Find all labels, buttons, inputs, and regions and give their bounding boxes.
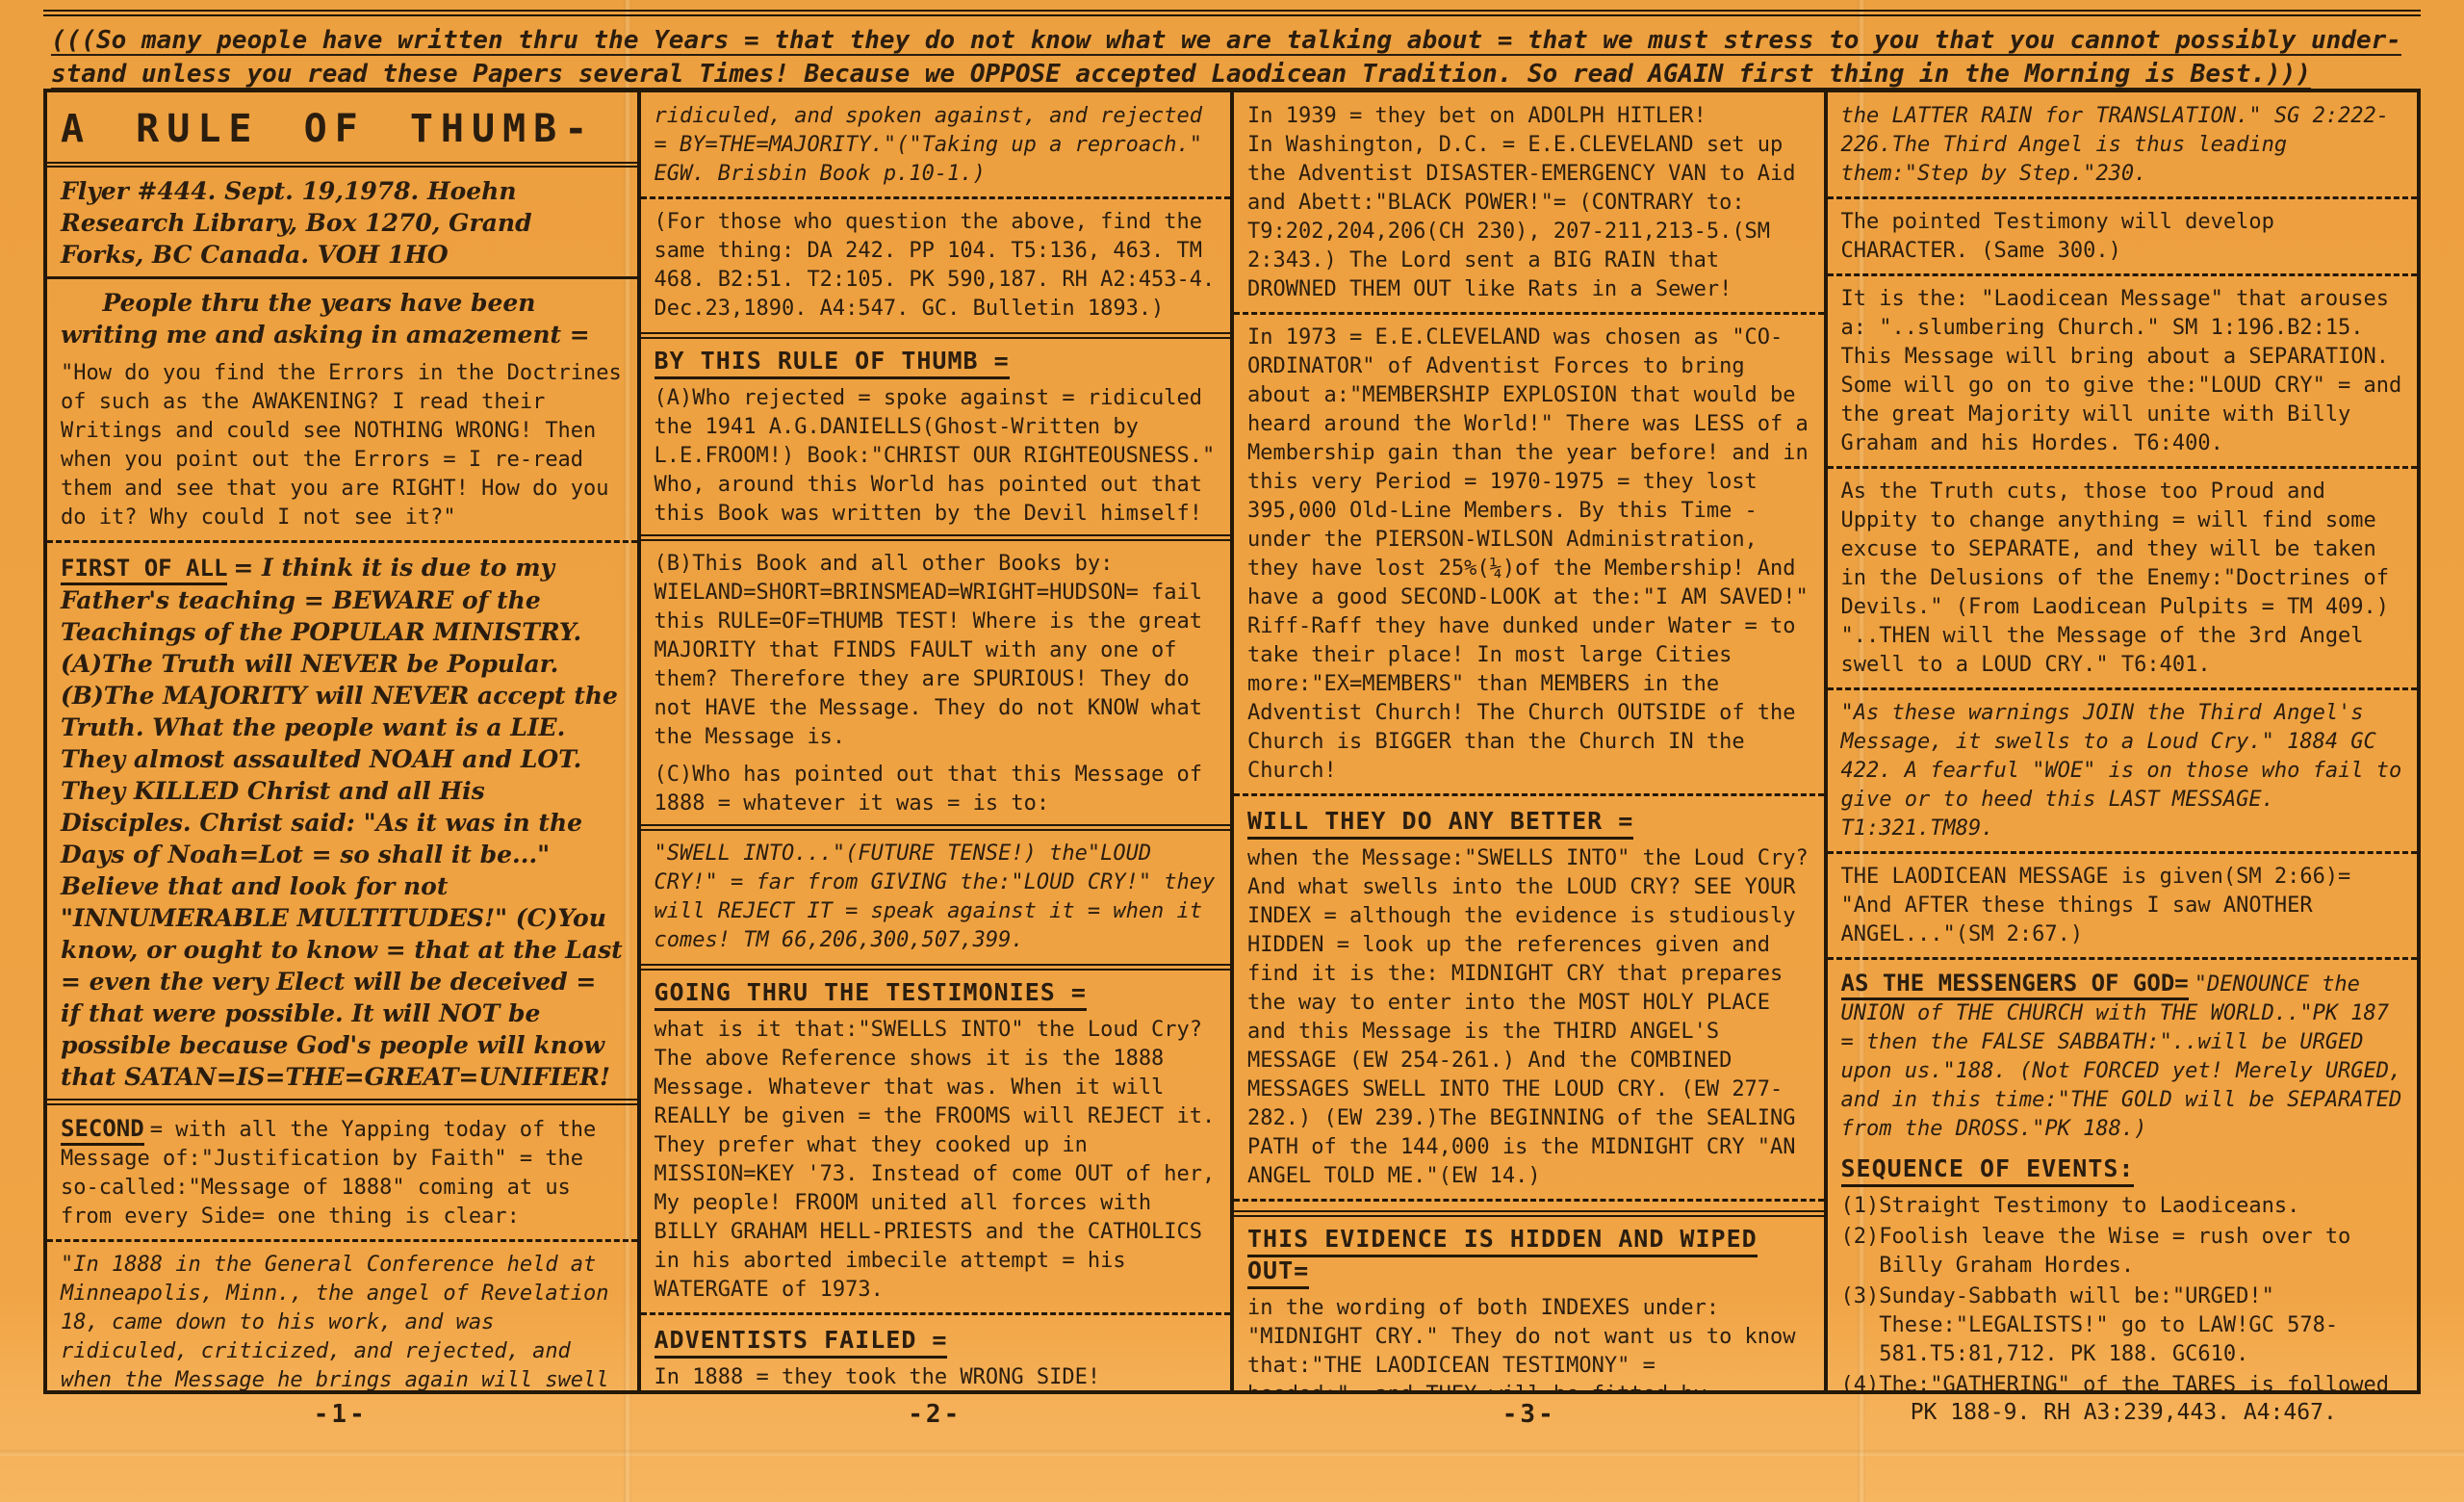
section-heading: SEQUENCE OF EVENTS: <box>1841 1152 2404 1184</box>
section-heading: WILL THEY DO ANY BETTER = <box>1247 805 1810 837</box>
header-banner: (((So many people have written thru the … <box>43 10 2421 95</box>
paragraph: "As these warnings JOIN the Third Angel'… <box>1828 699 2418 854</box>
paragraph: "In 1888 in the General Conference held … <box>61 1251 624 1390</box>
header-text: (((So many people have written thru the … <box>51 24 2413 91</box>
list-item: (3)Sunday-Sabbath will be:"URGED!" These… <box>1841 1282 2404 1369</box>
column4-references: PK 188-9. RH A3:239,443. A4:467. <box>1827 1400 2422 1429</box>
run-in-heading: FIRST OF ALL <box>61 555 227 585</box>
fold-crease <box>0 1450 2464 1456</box>
paragraph: The pointed Testimony will develop CHARA… <box>1828 208 2418 276</box>
paragraph: SECOND= with all the Yapping today of th… <box>47 1114 637 1242</box>
page-title: A RULE OF THUMB- <box>47 102 637 168</box>
paragraph: In 1973 = E.E.CLEVELAND was chosen as "C… <box>1234 324 1824 796</box>
column-2: ridiculed, and spoken against, and rejec… <box>641 92 1235 1390</box>
page-footer: -1- -2- -3- PK 188-9. RH A3:239,443. A4:… <box>43 1400 2421 1429</box>
paragraph: (For those who question the above, find … <box>654 208 1218 324</box>
column-3: In 1939 = they bet on ADOLPH HITLER! In … <box>1234 92 1828 1390</box>
paragraph: ridiculed, and spoken against, and rejec… <box>641 102 1231 199</box>
section-heading: THIS EVIDENCE IS HIDDEN AND WIPED OUT= <box>1234 1210 1824 1286</box>
paragraph: AS THE MESSENGERS OF GOD="DENOUNCE the U… <box>1841 969 2404 1144</box>
heading-text: WILL THEY DO ANY BETTER = <box>1247 807 1633 840</box>
masthead: Flyer #444. Sept. 19,1978. Hoehn Researc… <box>47 175 637 279</box>
paragraph: As the Truth cuts, those too Proud and U… <box>1828 478 2418 690</box>
run-in-heading: AS THE MESSENGERS OF GOD= <box>1841 970 2189 1000</box>
heading-text: THIS EVIDENCE IS HIDDEN AND WIPED OUT= <box>1247 1225 1758 1289</box>
heading-text: SEQUENCE OF EVENTS: <box>1841 1154 2135 1187</box>
page-number-1: -1- <box>43 1400 638 1429</box>
paragraph: (A)Who rejected = spoke against = ridicu… <box>641 384 1231 541</box>
paragraph: "How do you find the Errors in the Doctr… <box>47 359 637 543</box>
paragraph: the LATTER RAIN for TRANSLATION." SG 2:2… <box>1828 102 2418 199</box>
column-1: A RULE OF THUMB- Flyer #444. Sept. 19,19… <box>47 92 641 1390</box>
paragraph: In 1939 = they bet on ADOLPH HITLER! In … <box>1234 102 1824 315</box>
columns-frame: A RULE OF THUMB- Flyer #444. Sept. 19,19… <box>43 89 2421 1394</box>
section-heading: ADVENTISTS FAILED = <box>654 1324 1218 1356</box>
heading-text: ADVENTISTS FAILED = <box>654 1326 948 1359</box>
paragraph: what is it that:"SWELLS INTO" the Loud C… <box>641 1016 1231 1315</box>
paragraph: (B)This Book and all other Books by: WIE… <box>654 550 1218 752</box>
list-item: (1)Straight Testimony to Laodiceans. <box>1841 1192 2404 1221</box>
paragraph: THE LAODICEAN MESSAGE is given(SM 2:66)=… <box>1828 863 2418 960</box>
column-4: the LATTER RAIN for TRANSLATION." SG 2:2… <box>1828 92 2418 1390</box>
paragraph: in the wording of both INDEXES under: "M… <box>1247 1294 1810 1390</box>
paragraph: People thru the years have been writing … <box>61 287 624 350</box>
paragraph-text: = I think it is due to my Father's teach… <box>61 554 623 1091</box>
heading-text: BY THIS RULE OF THUMB = <box>654 347 1010 379</box>
flyer-page: (((So many people have written thru the … <box>0 0 2464 1502</box>
run-in-heading: SECOND <box>61 1115 144 1146</box>
list-item: (4)The:"GATHERING" of the TARES is follo… <box>1841 1371 2404 1390</box>
section-heading: BY THIS RULE OF THUMB = <box>641 332 1231 376</box>
paragraph: when the Message:"SWELLS INTO" the Loud … <box>1234 844 1824 1202</box>
paragraph: "SWELL INTO..."(FUTURE TENSE!) the"LOUD … <box>654 840 1218 955</box>
section-heading: GOING THRU THE TESTIMONIES = <box>641 964 1231 1008</box>
page-number-2: -2- <box>638 1400 1233 1429</box>
list-item: (2)Foolish leave the Wise = rush over to… <box>1841 1223 2404 1281</box>
paragraph: In 1888 = they took the WRONG SIDE! In 1… <box>654 1363 1218 1390</box>
page-number-3: -3- <box>1232 1400 1827 1429</box>
paragraph: (C)Who has pointed out that this Message… <box>641 761 1231 831</box>
paragraph: It is the: "Laodicean Message" that arou… <box>1828 285 2418 469</box>
paragraph: FIRST OF ALL= I think it is due to my Fa… <box>47 552 637 1105</box>
heading-text: GOING THRU THE TESTIMONIES = <box>654 978 1087 1011</box>
